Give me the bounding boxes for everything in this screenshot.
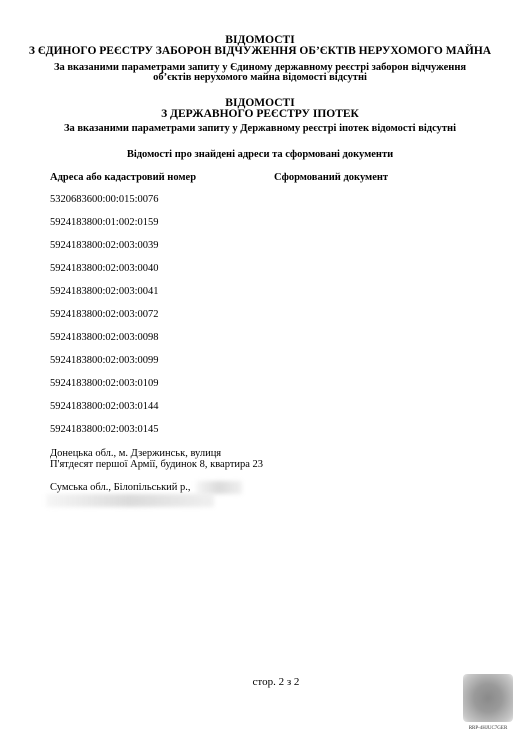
qr-code-icon	[463, 674, 513, 722]
page-number: стор. 2 з 2	[0, 676, 520, 688]
cadastral-number: 5924183800:01:002:0159	[50, 217, 159, 228]
cadastral-number: 5924183800:02:003:0039	[50, 240, 159, 251]
redacted-region	[196, 481, 242, 494]
cadastral-number: 5924183800:02:003:0099	[50, 355, 159, 366]
document-code: RRP-4HJUC7GER	[456, 726, 520, 731]
cadastral-number: 5320683600:00:015:0076	[50, 194, 159, 205]
section2-result: За вказаними параметрами запиту у Держав…	[0, 123, 520, 134]
found-heading: Відомості про знайдені адреси та сформов…	[0, 149, 520, 160]
address-line: Сумська обл., Білопільський р.,	[50, 482, 191, 493]
address-line: Донецька обл., м. Дзержинськ, вулиця	[50, 448, 221, 459]
address-line: П'ятдесят першої Армії, будинок 8, кварт…	[50, 459, 263, 470]
section1-result-line2: об’єктів нерухомого майна відомості відс…	[0, 72, 520, 83]
cadastral-number: 5924183800:02:003:0040	[50, 263, 159, 274]
cadastral-number: 5924183800:02:003:0144	[50, 401, 159, 412]
redacted-region	[46, 494, 214, 507]
cadastral-number: 5924183800:02:003:0072	[50, 309, 159, 320]
section2-subtitle: З ДЕРЖАВНОГО РЕЄСТРУ ІПОТЕК	[0, 108, 520, 120]
cadastral-number: 5924183800:02:003:0145	[50, 424, 159, 435]
cadastral-number: 5924183800:02:003:0041	[50, 286, 159, 297]
cadastral-number: 5924183800:02:003:0098	[50, 332, 159, 343]
column-header-document: Сформований документ	[274, 172, 388, 183]
column-header-address: Адреса або кадастровий номер	[50, 172, 196, 183]
section1-subtitle: З ЄДИНОГО РЕЄСТРУ ЗАБОРОН ВІДЧУЖЕННЯ ОБ’…	[0, 45, 520, 57]
document-page: ВІДОМОСТІ З ЄДИНОГО РЕЄСТРУ ЗАБОРОН ВІДЧ…	[0, 0, 520, 739]
cadastral-number: 5924183800:02:003:0109	[50, 378, 159, 389]
